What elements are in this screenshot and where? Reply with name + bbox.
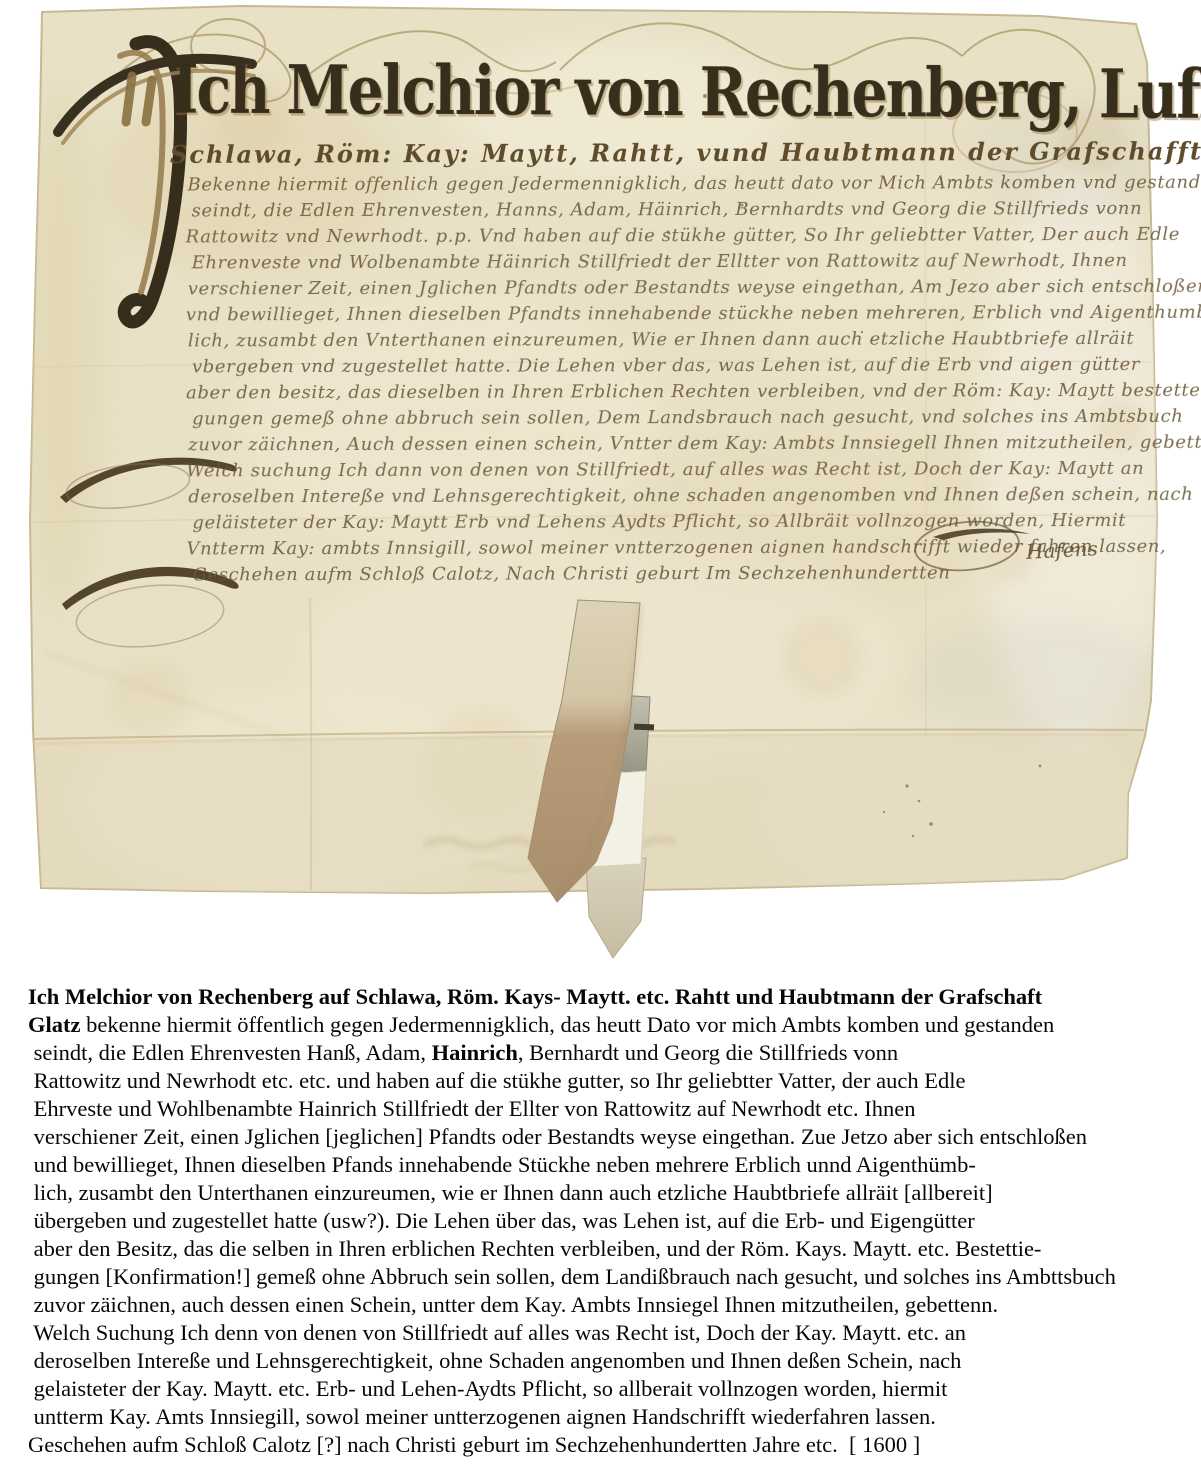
transcription-line: aber den Besitz, das die selben in Ihren… xyxy=(28,1235,1196,1263)
manuscript-line: Welch suchung Ich dann von denen von Sti… xyxy=(186,456,1201,485)
transcription-line: verschiener Zeit, einen Jglichen [jeglic… xyxy=(28,1123,1196,1151)
manuscript-line: Ehrenveste vnd Wolbenambte Häinrich Stil… xyxy=(192,248,1201,277)
transcription-line: Welch Suchung Ich denn von denen von Sti… xyxy=(28,1319,1196,1347)
transcription-block: Ich Melchior von Rechenberg auf Schlawa,… xyxy=(28,983,1196,1459)
manuscript-line: Rattowitz vnd Newrhodt. p.p. Vnd haben a… xyxy=(186,222,1201,251)
transcription-line: lich, zusambt den Unterthanen einzureume… xyxy=(28,1179,1196,1207)
transcription-line: seindt, die Edlen Ehrenvesten Hanß, Adam… xyxy=(28,1039,1196,1067)
manuscript-line: verschiener Zeit, einen Jglichen Pfandts… xyxy=(188,274,1201,303)
manuscript-line: vbergeben vnd zugestellet hatte. Die Leh… xyxy=(192,352,1201,381)
transcription-line: Rattowitz und Newrhodt etc. etc. und hab… xyxy=(28,1067,1196,1095)
transcription-line: Geschehen aufm Schloß Calotz [?] nach Ch… xyxy=(28,1431,1196,1459)
transcription-line: Glatz bekenne hiermit öffentlich gegen J… xyxy=(28,1011,1196,1039)
scanned-charter-page: Ich Melchior von Rechenberg, Lufft Schla… xyxy=(0,0,1201,1471)
manuscript-line: aber den besitz, das dieselben in Ihren … xyxy=(186,378,1201,407)
manuscript-line: seindt, die Edlen Ehrenvesten, Hanns, Ad… xyxy=(192,196,1201,225)
plica-slit xyxy=(634,724,654,731)
transcription-line: untterm Kay. Amts Innsiegill, sowol mein… xyxy=(28,1403,1196,1431)
transcription-line: übergeben und zugestellet hatte (usw?). … xyxy=(28,1207,1196,1235)
manuscript-line: gungen gemeß ohne abbruch sein sollen, D… xyxy=(192,404,1201,433)
transcription-line: zuvor zäichnen, auch dessen einen Schein… xyxy=(28,1291,1196,1319)
charter-signature: Hafens xyxy=(1025,536,1098,564)
charter-subtitle: Schlawa, Röm: Kay: Maytt, Rahtt, vund Ha… xyxy=(170,136,1201,169)
transcription-line: Ehrveste und Wohlbenambte Hainrich Still… xyxy=(28,1095,1196,1123)
manuscript-line: vnd bewillieget, Ihnen dieselben Pfandts… xyxy=(186,300,1201,329)
transcription-line: Ich Melchior von Rechenberg auf Schlawa,… xyxy=(28,983,1196,1011)
manuscript-body: Bekenne hiermit offenlich gegen Jedermen… xyxy=(187,170,1201,589)
manuscript-line: geläisteter der Kay: Maytt Erb vnd Lehen… xyxy=(192,508,1201,537)
manuscript-line: Bekenne hiermit offenlich gegen Jedermen… xyxy=(187,170,1201,199)
manuscript-line: lich, zusambt den Vnterthanen einzureume… xyxy=(188,326,1201,355)
charter-heading: Ich Melchior von Rechenberg, Lufft xyxy=(172,50,1201,135)
manuscript-line: deroselben Intereße vnd Lehnsgerechtigke… xyxy=(188,482,1201,511)
manuscript-line: Geschehen aufm Schloß Calotz, Nach Chris… xyxy=(192,560,1201,589)
seal-tag-point xyxy=(586,858,646,958)
transcription-line: deroselben Intereße und Lehnsgerechtigke… xyxy=(28,1347,1196,1375)
transcription-line: und bewillieget, Ihnen dieselben Pfands … xyxy=(28,1151,1196,1179)
manuscript-line: zuvor zäichnen, Auch dessen einen schein… xyxy=(188,430,1201,459)
transcription-line: gungen [Konfirmation!] gemeß ohne Abbruc… xyxy=(28,1263,1196,1291)
transcription-line: gelaisteter der Kay. Maytt. etc. Erb- un… xyxy=(28,1375,1196,1403)
